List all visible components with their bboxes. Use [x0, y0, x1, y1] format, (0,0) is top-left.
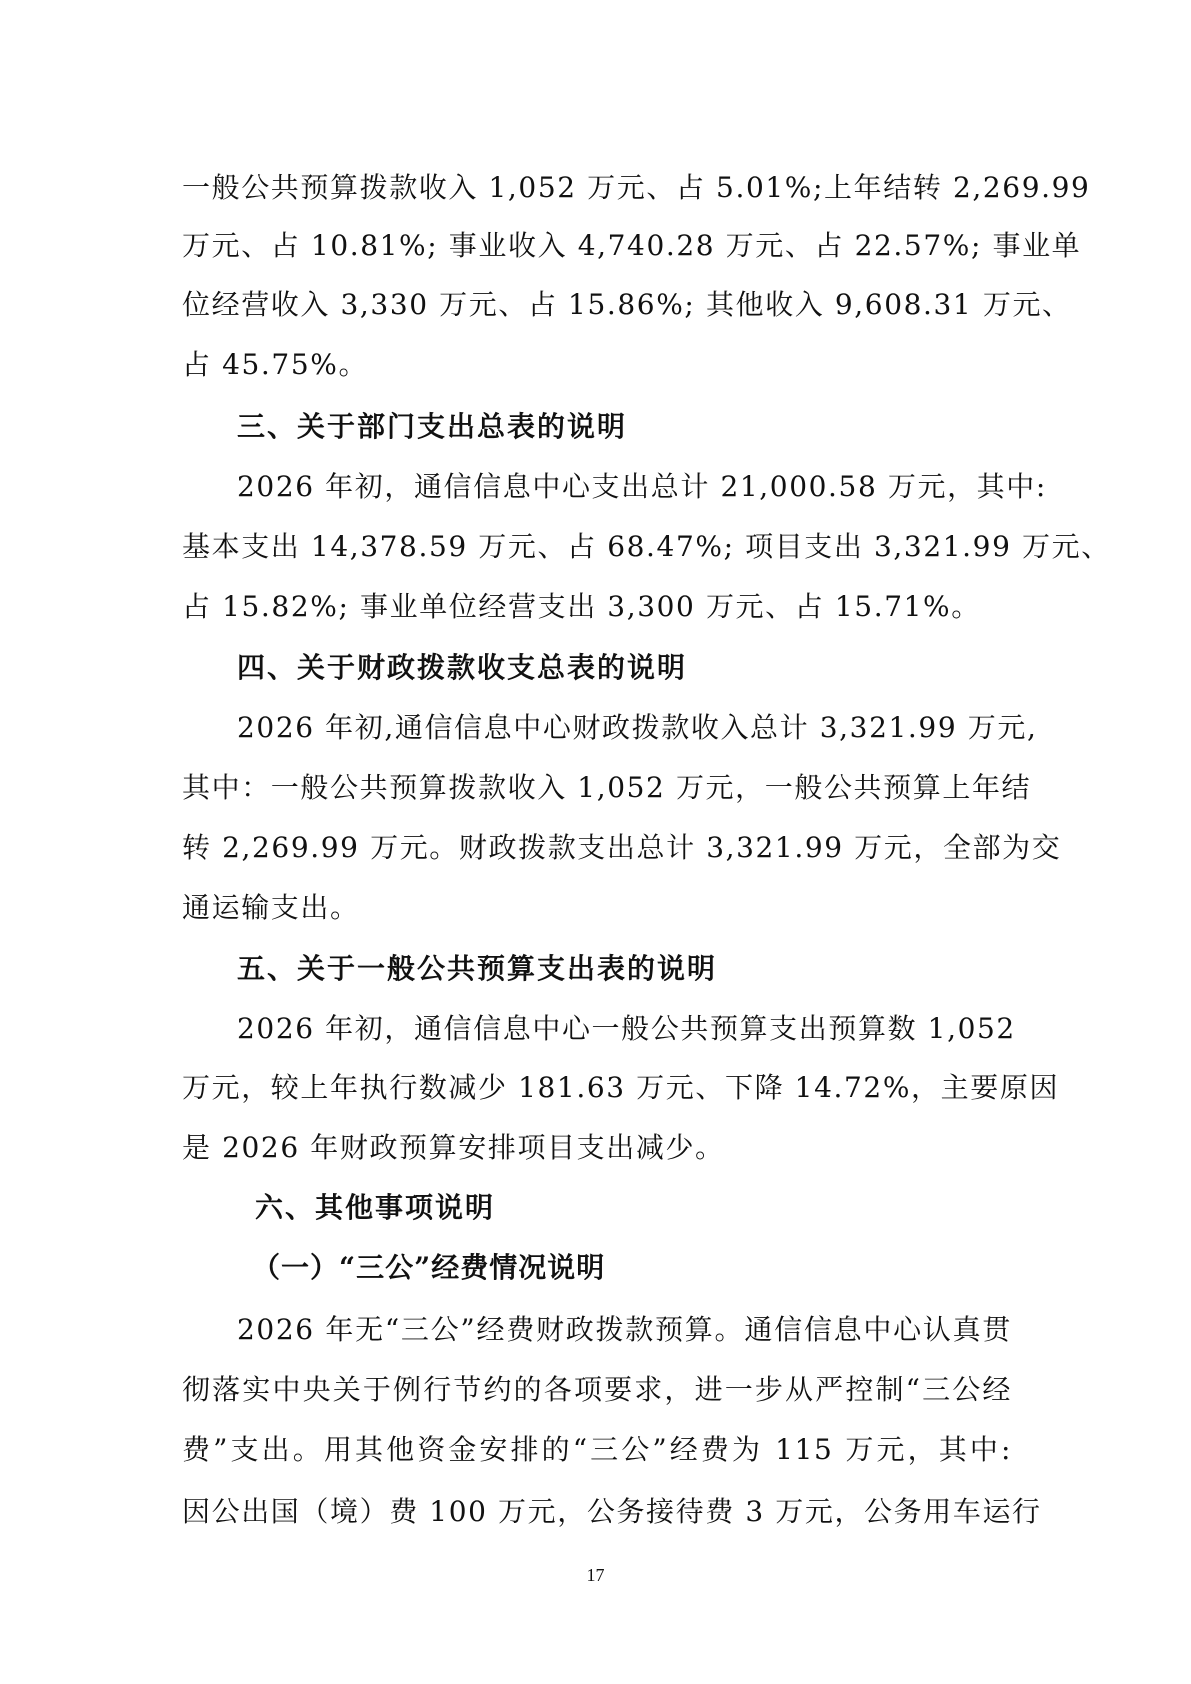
text-line: 2026 年无“三公”经费财政拨款预算。通信信息中心认真贯 [237, 1310, 1012, 1350]
text-line: 一般公共预算拨款收入 1,052 万元、占 5.01%;上年结转 2,269.9… [182, 168, 1012, 208]
text-line: 2026 年初，通信信息中心支出总计 21,000.58 万元，其中: [237, 467, 1012, 507]
text-line: 通运输支出。 [182, 888, 1012, 928]
text-line: 基本支出 14,378.59 万元、占 68.47%; 项目支出 3,321.9… [182, 527, 1012, 567]
text-line: 2026 年初,通信信息中心财政拨款收入总计 3,321.99 万元, [237, 708, 1012, 748]
text-line: 转 2,269.99 万元。财政拨款支出总计 3,321.99 万元，全部为交 [182, 828, 1012, 868]
text-line: 其中：一般公共预算拨款收入 1,052 万元，一般公共预算上年结 [182, 768, 1012, 808]
section-heading-6: 六、其他事项说明 [255, 1188, 495, 1228]
text-line: 因公出国（境）费 100 万元，公务接待费 3 万元，公务用车运行 [182, 1492, 1012, 1532]
section-heading-4: 四、关于财政拨款收支总表的说明 [237, 648, 687, 688]
text-line: 位经营收入 3,330 万元、占 15.86%; 其他收入 9,608.31 万… [182, 285, 1012, 325]
section-heading-3: 三、关于部门支出总表的说明 [237, 407, 627, 447]
text-line: 彻落实中央关于例行节约的各项要求，进一步从严控制“三公经 [182, 1370, 1012, 1410]
text-line: 2026 年初，通信信息中心一般公共预算支出预算数 1,052 [237, 1009, 1012, 1049]
page-number: 17 [0, 1565, 1191, 1586]
text-line: 占 15.82%; 事业单位经营支出 3,300 万元、占 15.71%。 [182, 587, 1012, 627]
text-line: 是 2026 年财政预算安排项目支出减少。 [182, 1128, 1012, 1168]
text-line: 占 45.75%。 [182, 345, 1012, 385]
section-heading-5: 五、关于一般公共预算支出表的说明 [237, 949, 717, 989]
document-page: 一般公共预算拨款收入 1,052 万元、占 5.01%;上年结转 2,269.9… [0, 0, 1191, 1684]
text-line: 费”支出。用其他资金安排的“三公”经费为 115 万元，其中: [182, 1430, 1012, 1470]
text-line: 万元、占 10.81%; 事业收入 4,740.28 万元、占 22.57%; … [182, 226, 1012, 266]
subsection-heading-1: （一）“三公”经费情况说明 [252, 1248, 605, 1288]
text-line: 万元，较上年执行数减少 181.63 万元、下降 14.72%，主要原因 [182, 1068, 1012, 1108]
